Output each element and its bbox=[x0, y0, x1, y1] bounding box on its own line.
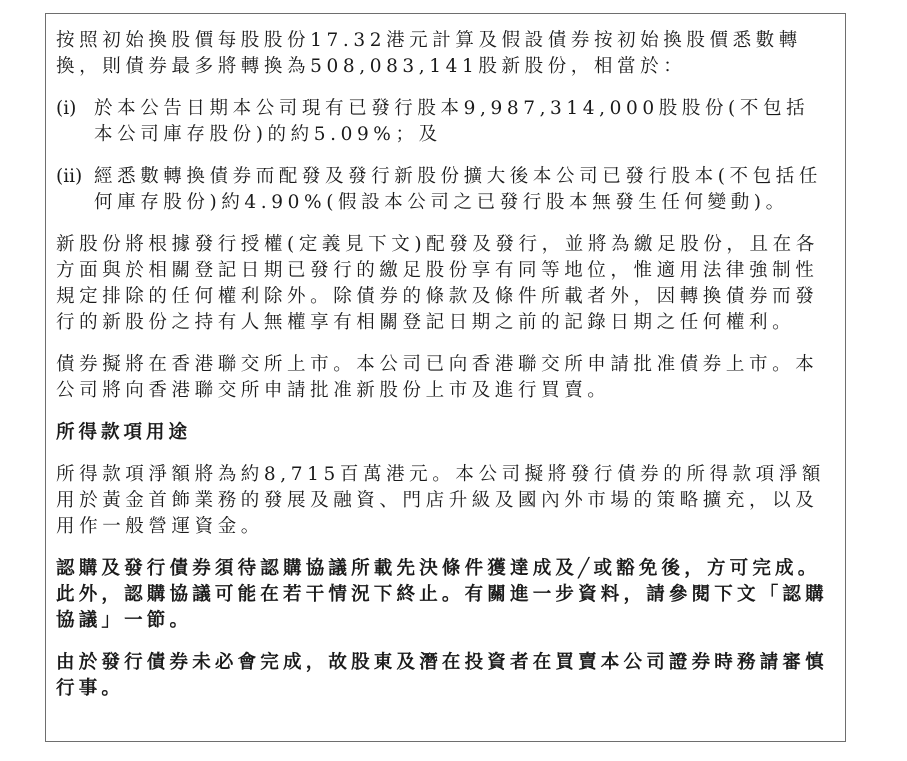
caution-notice: 由於發行債券未必會完成，故股東及潛在投資者在買賣本公司證券時務請審慎行事。 bbox=[56, 650, 831, 702]
list-marker: (i) bbox=[56, 96, 94, 148]
proceeds-paragraph: 所得款項淨額將為約8,715百萬港元。本公司擬將發行債券的所得款項淨額用於黃金首… bbox=[56, 462, 831, 540]
list-item-text: 於本公告日期本公司現有已發行股本9,987,314,000股股份(不包括本公司庫… bbox=[94, 96, 831, 148]
section-heading-use-of-proceeds: 所得款項用途 bbox=[56, 420, 831, 446]
list-item-text: 經悉數轉換債券而配發及發行新股份擴大後本公司已發行股本(不包括任何庫存股份)約4… bbox=[94, 164, 831, 216]
list-item-i: (i) 於本公告日期本公司現有已發行股本9,987,314,000股股份(不包括… bbox=[56, 96, 831, 148]
conversion-paragraph: 按照初始換股價每股股份17.32港元計算及假設債券按初始換股價悉數轉換，則債券最… bbox=[56, 28, 831, 80]
announcement-body: 按照初始換股價每股股份17.32港元計算及假設債券按初始換股價悉數轉換，則債券最… bbox=[56, 28, 831, 702]
list-marker: (ii) bbox=[56, 164, 94, 216]
announcement-frame: 按照初始換股價每股股份17.32港元計算及假設債券按初始換股價悉數轉換，則債券最… bbox=[45, 13, 846, 742]
listing-paragraph: 債券擬將在香港聯交所上市。本公司已向香港聯交所申請批准債券上市。本公司將向香港聯… bbox=[56, 352, 831, 404]
new-shares-paragraph: 新股份將根據發行授權(定義見下文)配發及發行，並將為繳足股份，且在各方面與於相關… bbox=[56, 232, 831, 336]
list-item-ii: (ii) 經悉數轉換債券而配發及發行新股份擴大後本公司已發行股本(不包括任何庫存… bbox=[56, 164, 831, 216]
completion-notice: 認購及發行債券須待認購協議所載先決條件獲達成及╱或豁免後，方可完成。此外，認購協… bbox=[56, 556, 831, 634]
